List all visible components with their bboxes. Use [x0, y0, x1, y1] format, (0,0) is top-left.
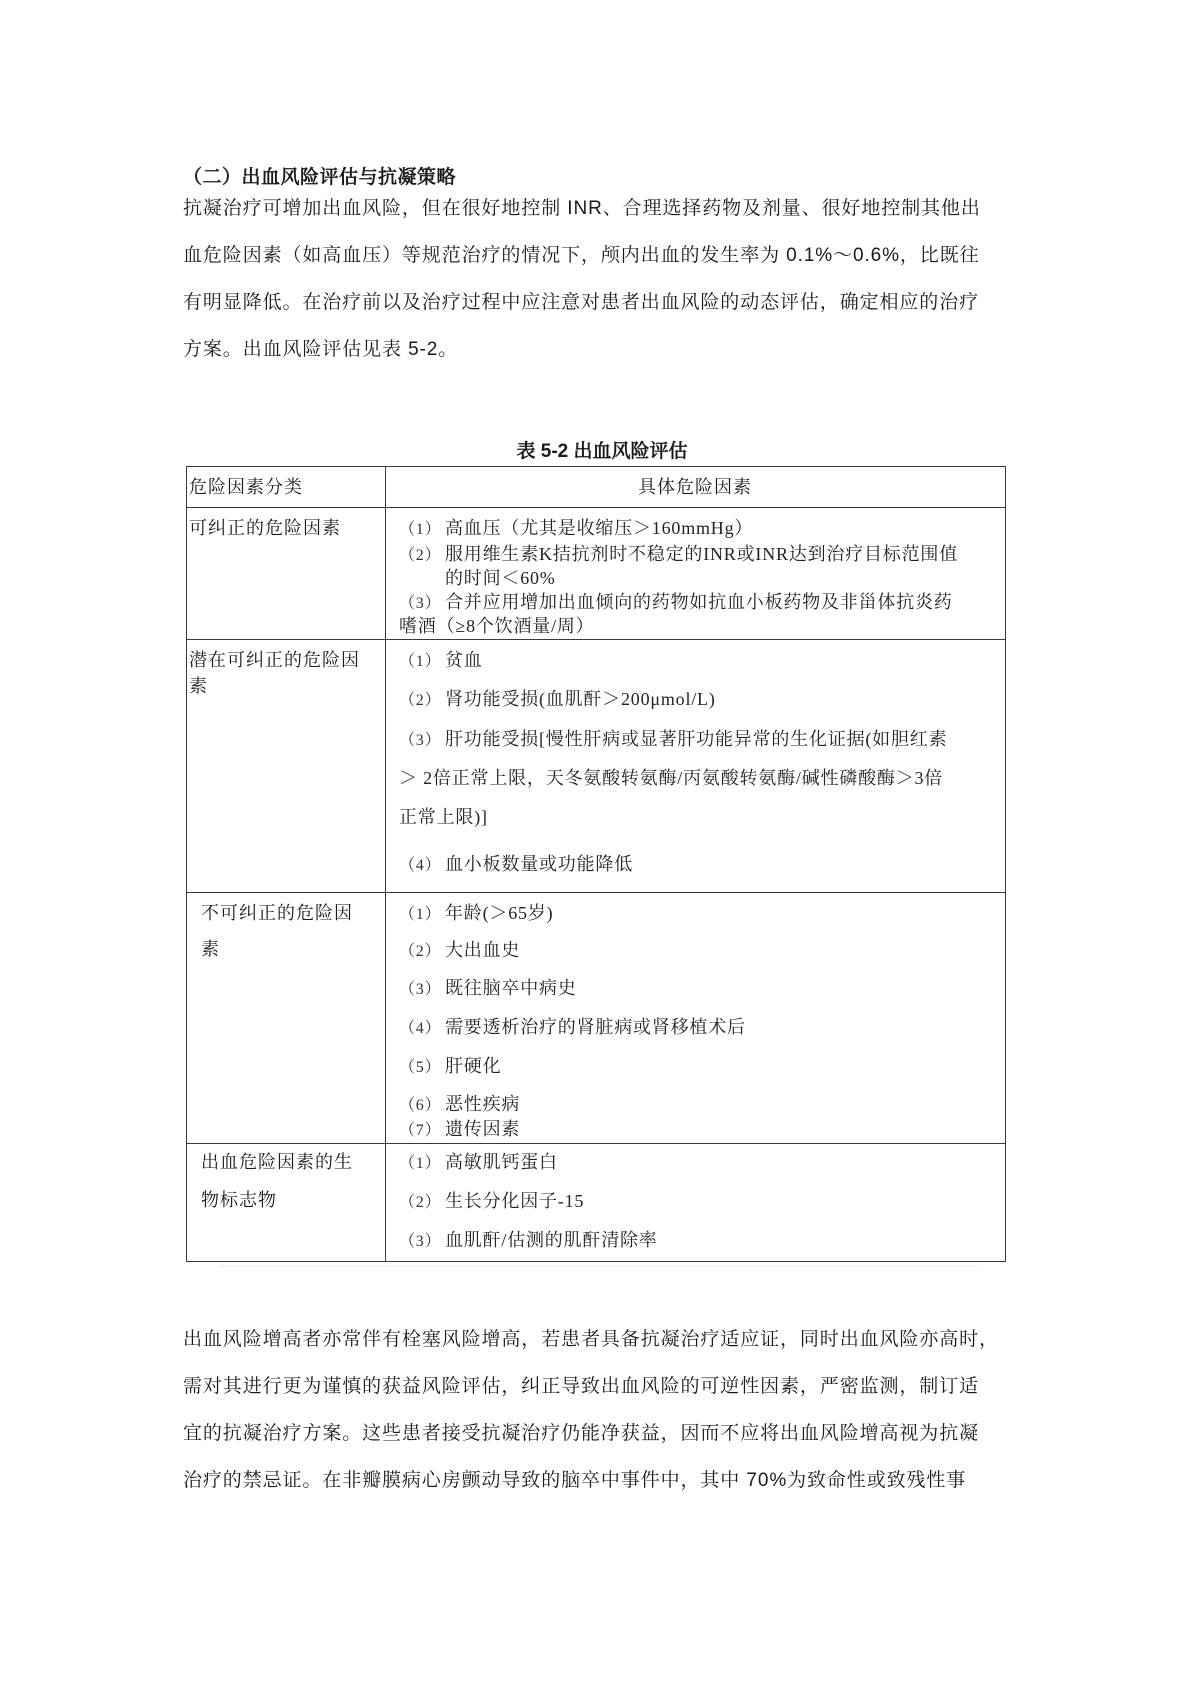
list-item-continuation: 正常上限)] [399, 803, 488, 829]
list-item: （4）需要透析治疗的肾脏病或肾移植术后 [399, 1013, 746, 1039]
list-item: （5）肝硬化 [399, 1052, 501, 1078]
column-divider [385, 640, 386, 892]
factors-cell: （1）高敏肌钙蛋白 （2）生长分化因子-15 （3）血肌酐/估测的肌酐清除率 [385, 1144, 1005, 1261]
factors-cell: （1）高血压（尤其是收缩压＞160mmHg） （2）服用维生素K拮抗剂时不稳定的… [385, 508, 1005, 639]
header-cell-factors: 具体危险因素 [385, 467, 1005, 507]
category-label: 素 [201, 935, 220, 961]
category-cell: 潜在可纠正的危险因 素 [187, 640, 385, 892]
category-label: 出血危险因素的生 [201, 1148, 353, 1174]
list-item: （4）血小板数量或功能降低 [399, 850, 633, 876]
scan-artifact-line [220, 1266, 980, 1269]
category-cell: 出血危险因素的生 物标志物 [187, 1144, 385, 1261]
bleeding-risk-table: 危险因素分类 具体危险因素 可纠正的危险因素 （1）高血压（尤其是收缩压＞160… [186, 466, 1006, 1262]
table-header-row: 危险因素分类 具体危险因素 [187, 467, 1005, 508]
category-label: 不可纠正的危险因 [201, 899, 353, 925]
list-item: （1）高敏肌钙蛋白 [399, 1148, 558, 1174]
category-cell: 可纠正的危险因素 [187, 508, 385, 639]
paragraph-line: 出血风险增高者亦常伴有栓塞风险增高，若患者具备抗凝治疗适应证，同时出血风险亦高时… [183, 1327, 999, 1353]
list-item: （1）高血压（尤其是收缩压＞160mmHg） [399, 514, 753, 540]
list-item: （2）服用维生素K拮抗剂时不稳定的INR或INR达到治疗目标范围值 [399, 540, 958, 566]
category-label: 潜在可纠正的危险因 [189, 646, 360, 672]
category-cell: 不可纠正的危险因 素 [187, 893, 385, 1143]
list-item-continuation: 嗜酒（≥8个饮酒量/周） [399, 612, 594, 638]
paragraph-line: 抗凝治疗可增加出血风险，但在很好地控制 INR、合理选择药物及剂量、很好地控制其… [183, 196, 981, 222]
column-divider [385, 1144, 386, 1261]
list-item: （1）贫血 [399, 646, 483, 672]
category-label: 可纠正的危险因素 [189, 514, 341, 540]
section-heading: （二）出血风险评估与抗凝策略 [183, 162, 456, 189]
factors-cell: （1）年龄(＞65岁) （2）大出血史 （3）既往脑卒中病史 （4）需要透析治疗… [385, 893, 1005, 1143]
table-row: 不可纠正的危险因 素 （1）年龄(＞65岁) （2）大出血史 （3）既往脑卒中病… [187, 893, 1005, 1144]
header-cell-category: 危险因素分类 [187, 467, 385, 507]
list-item: （3）血肌酐/估测的肌酐清除率 [399, 1226, 658, 1252]
paragraph-line: 治疗的禁忌证。在非瓣膜病心房颤动导致的脑卒中事件中，其中 70%为致命性或致残性… [183, 1468, 966, 1494]
category-label: 素 [189, 672, 208, 698]
table-caption: 表 5-2 出血风险评估 [0, 436, 1190, 463]
list-item: （1）年龄(＞65岁) [399, 899, 553, 925]
list-item-continuation: ＞ 2倍正常上限，天冬氨酸转氨酶/丙氨酸转氨酶/碱性磷酸酶＞3倍 [399, 764, 943, 790]
list-item: （3）既往脑卒中病史 [399, 974, 577, 1000]
table-row: 可纠正的危险因素 （1）高血压（尤其是收缩压＞160mmHg） （2）服用维生素… [187, 508, 1005, 640]
list-item: （6）恶性疾病 [399, 1090, 520, 1116]
paragraph-line: 宜的抗凝治疗方案。这些患者接受抗凝治疗仍能净获益，因而不应将出血风险增高视为抗凝 [183, 1421, 979, 1447]
paragraph-line: 有明显降低。在治疗前以及治疗过程中应注意对患者出血风险的动态评估，确定相应的治疗 [183, 290, 979, 316]
table-row: 出血危险因素的生 物标志物 （1）高敏肌钙蛋白 （2）生长分化因子-15 （3）… [187, 1144, 1005, 1261]
list-item-continuation: 的时间＜60% [445, 564, 556, 590]
table-row: 潜在可纠正的危险因 素 （1）贫血 （2）肾功能受损(血肌酐＞200μmol/L… [187, 640, 1005, 893]
paragraph-line: 血危险因素（如高血压）等规范治疗的情况下，颅内出血的发生率为 0.1%～0.6%… [183, 243, 980, 269]
column-divider [385, 508, 386, 639]
list-item: （3）肝功能受损[慢性肝病或显著肝功能异常的生化证据(如胆红素 [399, 725, 947, 751]
paragraph-line: 需对其进行更为谨慎的获益风险评估，纠正导致出血风险的可逆性因素，严密监测，制订适 [183, 1374, 979, 1400]
column-divider [385, 467, 386, 507]
list-item: （2）肾功能受损(血肌酐＞200μmol/L) [399, 685, 716, 711]
list-item: （7）遗传因素 [399, 1115, 520, 1141]
header-label: 具体危险因素 [385, 473, 1005, 499]
header-label: 危险因素分类 [189, 473, 303, 499]
list-item: （2）生长分化因子-15 [399, 1187, 584, 1213]
list-item: （3）合并应用增加出血倾向的药物如抗血小板药物及非甾体抗炎药 [399, 588, 953, 614]
factors-cell: （1）贫血 （2）肾功能受损(血肌酐＞200μmol/L) （3）肝功能受损[慢… [385, 640, 1005, 892]
column-divider [385, 893, 386, 1143]
category-label: 物标志物 [201, 1186, 277, 1212]
list-item: （2）大出血史 [399, 936, 520, 962]
paragraph-line: 方案。出血风险评估见表 5-2。 [183, 337, 458, 363]
